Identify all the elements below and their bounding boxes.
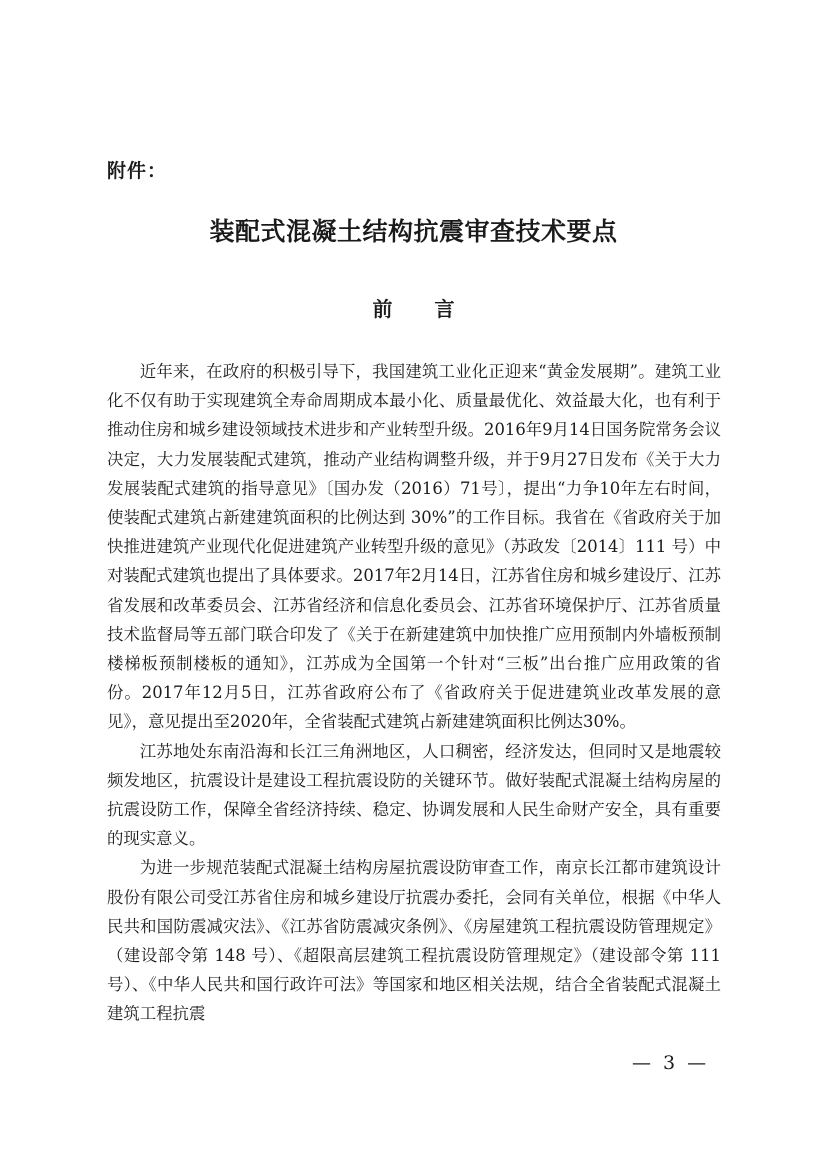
page-number: — 3 —	[632, 1052, 709, 1074]
document-body: 近年来，在政府的积极引导下，我国建筑工业化正迎来“黄金发展期”。建筑工业化不仅有…	[107, 357, 721, 1029]
heading-char-2: 言	[435, 293, 455, 322]
section-heading-preface: 前言	[0, 293, 827, 322]
paragraph-1: 近年来，在政府的积极引导下，我国建筑工业化正迎来“黄金发展期”。建筑工业化不仅有…	[107, 357, 721, 737]
heading-char-1: 前	[373, 293, 393, 322]
attachment-label: 附件：	[107, 156, 167, 183]
paragraph-3: 为进一步规范装配式混凝土结构房屋抗震设防审查工作，南京长江都市建筑设计股份有限公…	[107, 853, 721, 1028]
document-title: 装配式混凝土结构抗震审查技术要点	[0, 212, 827, 248]
paragraph-2: 江苏地处东南沿海和长江三角洲地区，人口稠密，经济发达，但同时又是地震较频发地区，…	[107, 737, 721, 854]
